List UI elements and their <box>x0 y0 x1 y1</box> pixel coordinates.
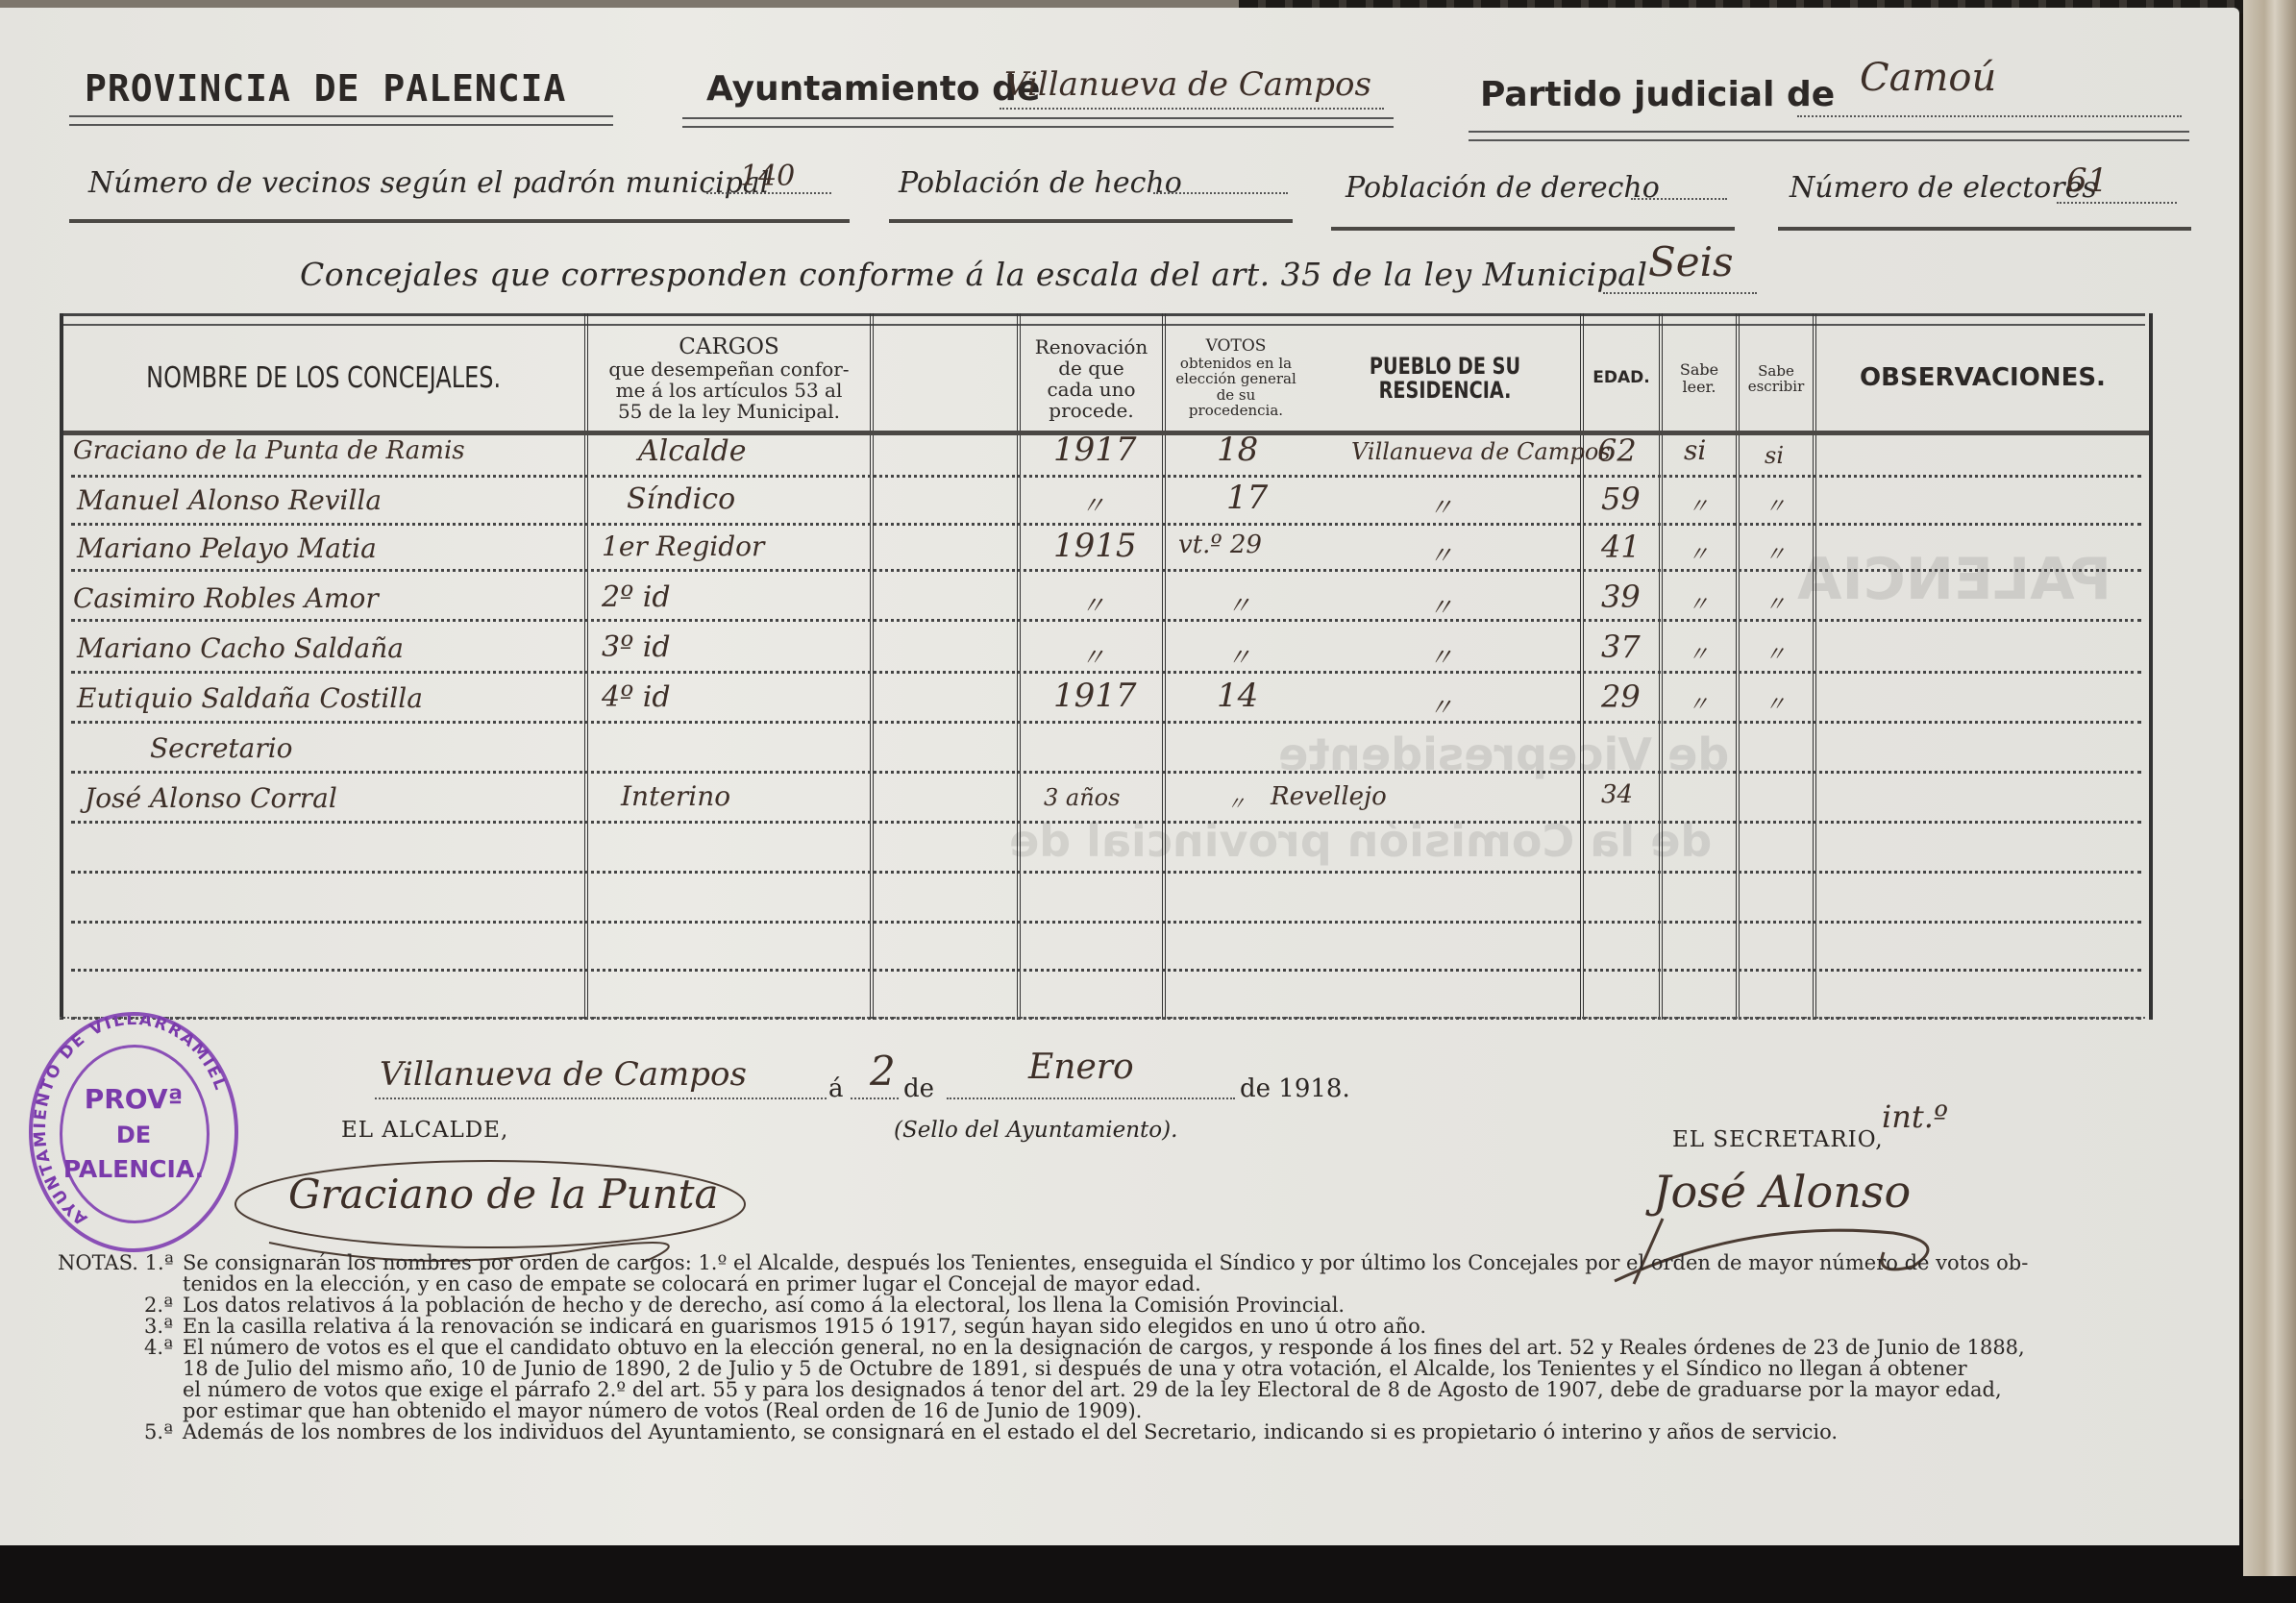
note-number: 4.ª <box>58 1337 183 1358</box>
cell-renovacion[interactable]: 1915 <box>1053 527 1137 565</box>
note-3: 3.ªEn la casilla relativa á la renovació… <box>58 1316 2210 1337</box>
secretario-annotation: int.º <box>1882 1098 1948 1135</box>
cell-votos[interactable]: 〃 <box>1226 638 1251 674</box>
row-line <box>71 771 2141 774</box>
ayuntamiento-value[interactable]: Villanueva de Campos <box>1004 65 1371 104</box>
header-cargos: CARGOS que desempeñan confor- me á los a… <box>588 327 870 431</box>
note-text: 18 de Julio del mismo año, 10 de Junio d… <box>58 1358 2210 1379</box>
header-label: NOMBRE DE LOS CONCEJALES. <box>146 363 501 394</box>
cell-edad[interactable]: 29 <box>1601 678 1641 715</box>
note-1: NOTAS. 1.ªSe consignarán los nombres por… <box>58 1252 2210 1273</box>
header-label: Renovación de que cada uno procede. <box>1035 336 1148 421</box>
cell-nombre[interactable]: José Alonso Corral <box>85 782 337 814</box>
note-number: 3.ª <box>58 1316 183 1337</box>
cell-escribir[interactable]: si <box>1765 442 1784 469</box>
note-text: Los datos relativos á la población de he… <box>183 1294 1345 1317</box>
cell-renovacion[interactable]: 〃 <box>1080 638 1105 674</box>
row-line <box>71 721 2141 724</box>
vecinos-field-line <box>706 192 831 194</box>
concejales-scale-value[interactable]: Seis <box>1648 238 1734 285</box>
note-text: por estimar que han obtenido el mayor nú… <box>58 1400 2210 1421</box>
header-edad: EDAD. <box>1584 327 1659 431</box>
cell-renovacion[interactable]: 3 años <box>1044 784 1120 811</box>
divider <box>889 219 1293 223</box>
row-line <box>71 569 2141 572</box>
stamp-line-1: PROVª <box>33 1083 235 1115</box>
date-month-line <box>947 1097 1235 1099</box>
cell-cargo[interactable]: Interino <box>621 780 730 812</box>
cell-votos[interactable]: 〃 <box>1226 788 1246 816</box>
cell-nombre[interactable]: Graciano de la Punta de Ramis <box>73 436 465 465</box>
cell-leer[interactable]: 〃 <box>1688 490 1709 520</box>
concejales-table: NOMBRE DE LOS CONCEJALES. CARGOS que des… <box>60 313 2153 1020</box>
cell-leer[interactable]: 〃 <box>1688 538 1709 568</box>
partido-label: Partido judicial de <box>1480 75 1835 114</box>
divider <box>1469 131 2189 141</box>
date-year: de 1918. <box>1240 1074 1350 1103</box>
cell-votos[interactable]: 〃 <box>1226 586 1251 622</box>
book-page-edges <box>2243 0 2296 1576</box>
header-observaciones: OBSERVACIONES. <box>1816 327 2149 431</box>
header-label: que desempeñan confor- me á los artículo… <box>608 358 849 422</box>
partido-value[interactable]: Camoú <box>1860 56 1996 100</box>
divider <box>682 117 1394 128</box>
notes-prefix: NOTAS. <box>58 1251 138 1274</box>
cell-pueblo[interactable]: 〃 <box>1428 536 1453 572</box>
cell-nombre[interactable]: Mariano Pelayo Matia <box>77 532 377 564</box>
cell-leer[interactable]: 〃 <box>1688 588 1709 618</box>
date-day[interactable]: 2 <box>870 1048 896 1095</box>
electores-label: Número de electores <box>1790 171 2097 205</box>
cell-leer[interactable]: 〃 <box>1688 688 1709 718</box>
note-text: Además de los nombres de los individuos … <box>183 1420 1838 1443</box>
concejales-scale-label: Concejales que corresponden conforme á l… <box>300 256 1647 293</box>
header-title: CARGOS <box>679 335 779 358</box>
header-sabe-leer: Sabe leer. <box>1663 327 1736 431</box>
ayuntamiento-field-line <box>1000 108 1384 110</box>
cell-pueblo[interactable]: 〃 <box>1428 588 1453 624</box>
cell-renovacion[interactable]: 〃 <box>1080 586 1105 622</box>
note-4: 4.ªEl número de votos es el que el candi… <box>58 1337 2210 1358</box>
header-title: VOTOS <box>1206 338 1267 356</box>
cell-renovacion[interactable]: 〃 <box>1080 486 1105 522</box>
concejales-field-line <box>1603 292 1757 294</box>
cell-cargo[interactable]: 3º id <box>602 630 671 664</box>
header-label: obtenidos en la elección general de su p… <box>1175 356 1296 419</box>
cell-edad[interactable]: 41 <box>1601 529 1641 565</box>
header-label: Sabe escribir <box>1748 363 1805 395</box>
header-label: EDAD. <box>1592 370 1649 387</box>
note-text: En la casilla relativa á la renovación s… <box>183 1315 1426 1338</box>
hecho-label: Población de hecho <box>899 166 1182 200</box>
cell-edad[interactable]: 39 <box>1601 579 1641 615</box>
cell-nombre[interactable]: Eutiquio Saldaña Costilla <box>77 682 423 714</box>
note-index: 1.ª <box>145 1251 174 1274</box>
cell-cargo[interactable]: Alcalde <box>638 434 747 468</box>
note-text: el número de votos que exige el párrafo … <box>58 1379 2210 1400</box>
cell-nombre[interactable]: Mariano Cacho Saldaña <box>77 632 404 664</box>
cell-leer[interactable]: 〃 <box>1688 638 1709 668</box>
cell-pueblo[interactable]: Villanueva de Campos <box>1351 438 1611 465</box>
note-number: NOTAS. 1.ª <box>58 1252 183 1273</box>
hecho-field-line[interactable] <box>1153 192 1288 194</box>
derecho-label: Población de derecho <box>1346 171 1660 205</box>
cell-renovacion[interactable]: 1917 <box>1053 431 1137 469</box>
cell-cargo[interactable]: 1er Regidor <box>602 530 764 562</box>
cell-cargo[interactable]: 4º id <box>602 680 671 714</box>
note-2: 2.ªLos datos relativos á la población de… <box>58 1295 2210 1316</box>
column-divider <box>870 313 874 1020</box>
cell-escribir[interactable]: 〃 <box>1765 588 1786 618</box>
header-label: OBSERVACIONES. <box>1860 365 2106 391</box>
note-text: tenidos en la elección, y en caso de emp… <box>58 1273 2210 1295</box>
cell-votos[interactable]: vt.º 29 <box>1178 530 1262 559</box>
cell-pueblo[interactable]: Revellejo <box>1271 782 1387 811</box>
cell-cargo[interactable]: 2º id <box>602 580 671 614</box>
cell-edad[interactable]: 37 <box>1601 629 1641 665</box>
table-bottom-border <box>60 1017 2145 1023</box>
date-place[interactable]: Villanueva de Campos <box>380 1055 747 1094</box>
cell-edad[interactable]: 34 <box>1601 780 1633 809</box>
secretario-label: EL SECRETARIO, <box>1672 1127 1884 1152</box>
vecinos-value[interactable]: 140 <box>740 160 795 193</box>
document-page: PALENCIA de Vicepresidente de la Comisió… <box>0 8 2239 1545</box>
cell-nombre[interactable]: Casimiro Robles Amor <box>73 582 379 614</box>
cell-nombre[interactable]: Secretario <box>150 732 293 764</box>
ayuntamiento-label: Ayuntamiento de <box>706 69 1040 109</box>
divider <box>69 219 850 223</box>
row-line <box>71 523 2141 526</box>
cell-escribir[interactable]: 〃 <box>1765 538 1786 568</box>
cell-pueblo[interactable]: 〃 <box>1428 638 1453 674</box>
date-day-line <box>851 1097 899 1099</box>
note-number: 5.ª <box>58 1421 183 1443</box>
row-line <box>71 821 2141 824</box>
header-label: Sabe leer. <box>1680 361 1718 395</box>
stamp-line-2: DE <box>33 1122 235 1148</box>
notes-section: NOTAS. 1.ªSe consignarán los nombres por… <box>58 1252 2210 1443</box>
cell-votos[interactable]: 17 <box>1226 479 1268 517</box>
date-month[interactable]: Enero <box>1028 1048 1134 1087</box>
header-pueblo: PUEBLO DE SU RESIDENCIA. <box>1310 327 1580 431</box>
date-de: de <box>903 1074 934 1103</box>
row-line <box>71 619 2141 622</box>
electores-value[interactable]: 61 <box>2066 161 2108 200</box>
partido-field-line <box>1797 115 2182 117</box>
cell-leer[interactable]: si <box>1684 434 1706 466</box>
vecinos-label: Número de vecinos según el padrón munici… <box>88 166 769 200</box>
divider <box>1778 227 2191 231</box>
note-5: 5.ªAdemás de los nombres de los individu… <box>58 1421 2210 1443</box>
cell-pueblo[interactable]: 〃 <box>1428 488 1453 524</box>
note-text: El número de votos es el que el candidat… <box>183 1336 2025 1359</box>
header-nombre: NOMBRE DE LOS CONCEJALES. <box>63 327 584 431</box>
cell-votos[interactable]: 14 <box>1217 677 1258 715</box>
alcalde-label: EL ALCALDE, <box>341 1118 508 1143</box>
date-a: á <box>828 1074 844 1103</box>
cell-renovacion[interactable]: 1917 <box>1053 677 1137 715</box>
row-line <box>71 671 2141 674</box>
cell-edad[interactable]: 62 <box>1597 432 1637 469</box>
note-text: Se consignarán los nombres por orden de … <box>183 1251 2028 1274</box>
row-line <box>71 921 2141 924</box>
cell-pueblo[interactable]: 〃 <box>1428 688 1453 724</box>
cell-escribir[interactable]: 〃 <box>1765 688 1786 718</box>
divider <box>69 115 613 126</box>
date-place-line <box>375 1097 827 1099</box>
header-label: PUEBLO DE SU RESIDENCIA. <box>1337 355 1553 403</box>
note-number: 2.ª <box>58 1295 183 1316</box>
sello-label: (Sello del Ayuntamiento). <box>894 1118 1177 1143</box>
cell-edad[interactable]: 59 <box>1601 481 1641 517</box>
header-sabe-escribir: Sabe escribir <box>1740 327 1813 431</box>
stamp-line-3: PALENCIA. <box>33 1155 235 1183</box>
divider <box>1331 227 1735 231</box>
row-line <box>71 969 2141 972</box>
row-line <box>71 871 2141 874</box>
cell-escribir[interactable]: 〃 <box>1765 490 1786 520</box>
header-renovacion: Renovación de que cada uno procede. <box>1021 327 1162 431</box>
electores-field-line <box>2057 202 2177 204</box>
cell-escribir[interactable]: 〃 <box>1765 638 1786 668</box>
row-line <box>71 475 2141 478</box>
cell-votos[interactable]: 18 <box>1217 431 1258 469</box>
cell-nombre[interactable]: Manuel Alonso Revilla <box>77 484 382 516</box>
municipal-seal-stamp: AYUNTAMIENTO DE VILLARRAMIEL PROVª DE PA… <box>29 1012 238 1252</box>
province-title: PROVINCIA DE PALENCIA <box>85 67 566 110</box>
derecho-field-line[interactable] <box>1631 198 1727 200</box>
cell-cargo[interactable]: Síndico <box>627 482 735 516</box>
header-votos: VOTOS obtenidos en la elección general d… <box>1166 327 1306 431</box>
